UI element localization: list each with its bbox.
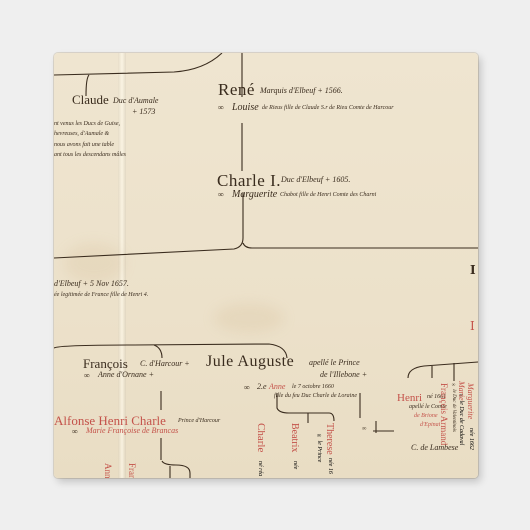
rene-spouse-detail: de Rieus fille de Claude S.r de Rieu Com… (262, 105, 394, 111)
charle-i-spouse-symbol: ∞ (218, 190, 224, 199)
elbeuf-line-1: d'Elbeuf + 5 Nov 1657. (54, 279, 129, 288)
alfonse-spouse: Marie Françoise de Brancas (86, 426, 178, 435)
henri-line-1: né 1661 (427, 394, 446, 400)
vertical-entry-beatrix: Beatrix (289, 423, 300, 452)
vertical-entry-beatrix-detail: née (292, 461, 298, 469)
jule-auguste-spouse-date: le 7 octobre 1660 (292, 384, 334, 390)
charle-i-spouse-detail: Chabot fille de Henri Comte des Charni (280, 192, 376, 198)
elbeuf-line-2: ée legitimée de France fille de Henri 4. (54, 292, 148, 298)
claude-date: + 1573 (132, 107, 155, 116)
henri-line-4: d'Epinai (420, 422, 440, 428)
rene-title: Marquis d'Elbeuf + 1566. (260, 86, 343, 95)
claude-title: Duc d'Aumale (113, 96, 158, 105)
charle-i-spouse: Marguerite (232, 189, 277, 200)
jule-auguste-spouse-detail: fille du feu Duc Charle de Loraine (274, 393, 357, 399)
claude-name: Claude (72, 92, 109, 108)
jule-auguste-title: apellé le Prince (309, 358, 360, 367)
note-line-1: nt venus les Ducs de Guise, (54, 121, 120, 127)
vertical-entry-therese: Therese (324, 423, 335, 455)
charle-i-title: Duc d'Elbeuf + 1605. (281, 175, 350, 184)
vertical-entry-therese-spouse: ∞ le Prince (316, 433, 322, 462)
rene-name: René (218, 80, 255, 100)
charle-i-name: Charle I. (217, 171, 281, 191)
jule-auguste-spouse: Anne (269, 382, 285, 391)
vertical-entry-marguerite-detail: née 1662 (468, 428, 474, 450)
henri-line-2: apellé le Comte (409, 404, 447, 410)
note-line-4: ant tous les descendans mâles (54, 152, 126, 158)
map-tile: Claude Duc d'Aumale + 1573 nt venus les … (54, 53, 478, 478)
henri-spouse-symbol: ∞ (362, 426, 366, 432)
vertical-entry-anne-mar: Anne Mar (103, 463, 113, 478)
jule-auguste-spouse-prefix: 2.e (257, 382, 267, 391)
vertical-entry-charle: Charle (255, 423, 267, 452)
vertical-entry-francoi: Françoi (127, 463, 137, 478)
francois-spouse-symbol: ∞ (84, 371, 90, 380)
note-line-3: nous avons fait une table (54, 142, 114, 148)
rene-spouse-symbol: ∞ (218, 103, 224, 112)
henri-line-3: de Brione (414, 413, 438, 419)
francois-title: C. d'Harcour + (140, 359, 190, 368)
rene-spouse: Louise (232, 102, 259, 113)
jule-auguste-title2: de l'Illebone + (320, 370, 367, 379)
vertical-entry-marguerite-spouse: ∞ le Duc de Cadaval (458, 393, 464, 445)
vertical-entry-marguerite: Marguerite (466, 383, 475, 419)
jule-auguste-spouse-symbol: ∞ (244, 383, 250, 392)
henri-name: Henri (397, 392, 422, 404)
henri-child: C. de Lambese (411, 443, 458, 452)
jule-auguste-name: Jule Auguste (206, 353, 294, 371)
vertical-entry-charle-detail: né réa (257, 461, 263, 476)
alfonse-title: Prince d'Harcour (178, 418, 220, 424)
vertical-entry-therese-detail: née 16 (327, 458, 333, 474)
note-line-2: hevreuses, d'Aumale & (54, 131, 109, 137)
francois-spouse: Anne d'Ornane + (98, 370, 154, 379)
alfonse-spouse-symbol: ∞ (72, 427, 78, 436)
